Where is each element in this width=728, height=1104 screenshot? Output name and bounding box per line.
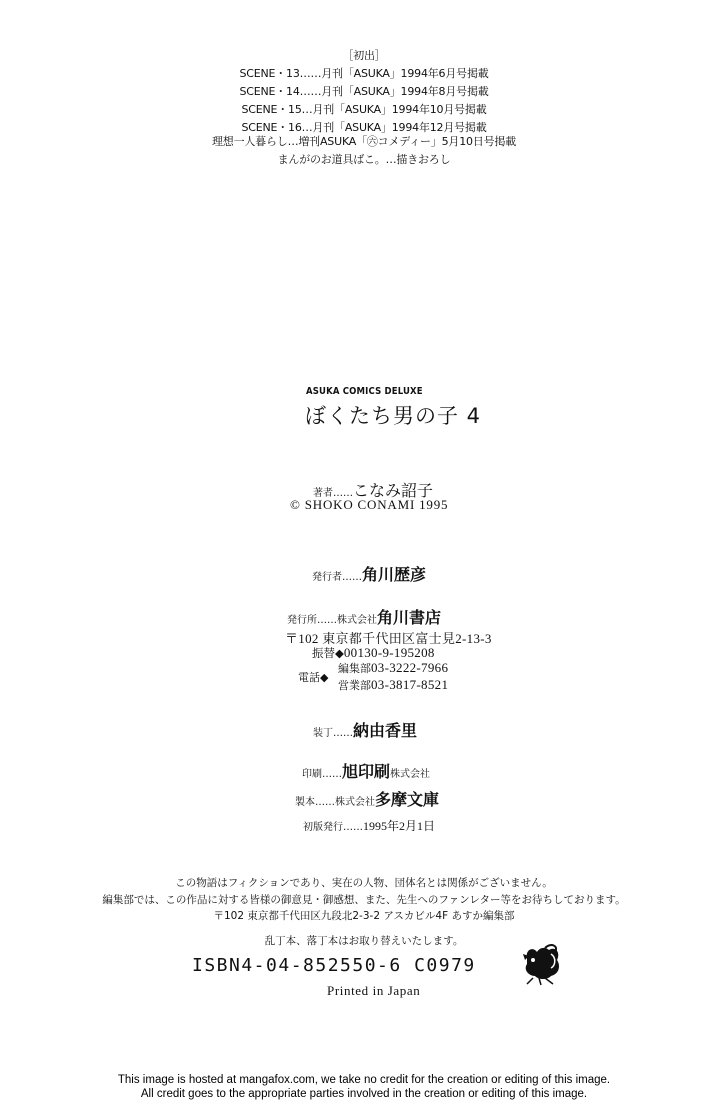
tel-label: 電話◆ (298, 669, 328, 685)
first-publication-line: SCENE・13……月刊「ASUKA」1994年6月号掲載 (0, 65, 728, 83)
publisher-row: 発行所……株式会社角川書店 (287, 605, 441, 628)
printing-name: 旭印刷 (342, 762, 390, 781)
publisher-label: 発行所……株式会社 (287, 615, 377, 626)
binding-name: 多摩文庫 (375, 790, 439, 809)
copyright: © SHOKO CONAMI 1995 (290, 497, 448, 513)
transfer-number: 00130-9-195208 (344, 645, 435, 660)
printing-row: 印刷……旭印刷株式会社 (302, 759, 430, 782)
design-name: 納由香里 (353, 721, 417, 740)
binding-label: 製本……株式会社 (295, 797, 375, 808)
first-publication-line: SCENE・14……月刊「ASUKA」1994年8月号掲載 (0, 83, 728, 101)
transfer-account-row: 振替◆00130-9-195208 (312, 645, 435, 661)
first-edition-row: 初版発行……1995年2月1日 (303, 815, 435, 834)
publisher-phoenix-logo-icon (515, 938, 565, 988)
tel-line-editorial: 編集部03-3222-7966 (338, 660, 448, 676)
first-publication-line: まんがのお道具ばこ。…描きおろし (0, 151, 728, 169)
series-name: ASUKA COMICS DELUXE (306, 386, 423, 397)
publisher-person-name: 角川歴彦 (362, 565, 426, 584)
hosting-disclaimer-line-1: This image is hosted at mangafox.com, we… (0, 1073, 728, 1087)
printing-suffix: 株式会社 (390, 769, 430, 780)
isbn: ISBN4-04-852550-6 C0979 (192, 955, 476, 976)
first-edition-label: 初版発行…… (303, 822, 363, 833)
fiction-notice: この物語はフィクションであり、実在の人物、団体名とは関係がございません。 (0, 874, 728, 892)
printing-label: 印刷…… (302, 769, 342, 780)
tel-line-sales: 営業部03-3817-8521 (338, 677, 448, 693)
design-label: 装丁…… (313, 728, 353, 739)
hosting-disclaimer-line-2: All credit goes to the appropriate parti… (0, 1087, 728, 1101)
book-title: ぼくたち男の子 4 (305, 400, 481, 430)
printed-in-japan: Printed in Japan (327, 983, 420, 999)
editorial-address: 〒102 東京都千代田区九段北2-3-2 アスカビル4F あすか編集部 (0, 907, 728, 925)
first-publication-heading: ［初出］ (0, 47, 728, 65)
replacement-notice: 乱丁本、落丁本はお取り替えいたします。 (0, 932, 728, 950)
transfer-label: 振替◆ (312, 646, 344, 660)
publisher-person-label: 発行者…… (312, 572, 362, 583)
first-publication-line: SCENE・15…月刊「ASUKA」1994年10月号掲載 (0, 101, 728, 119)
first-edition-date: 1995年2月1日 (363, 819, 435, 833)
publisher-person-row: 発行者……角川歴彦 (312, 562, 426, 585)
publisher-name: 角川書店 (377, 608, 441, 627)
first-publication-line: 理想一人暮らし…増刊ASUKA「㊅コメディー」5月10日号掲載 (0, 133, 728, 151)
binding-row: 製本……株式会社多摩文庫 (295, 787, 439, 810)
design-row: 装丁……納由香里 (313, 718, 417, 741)
